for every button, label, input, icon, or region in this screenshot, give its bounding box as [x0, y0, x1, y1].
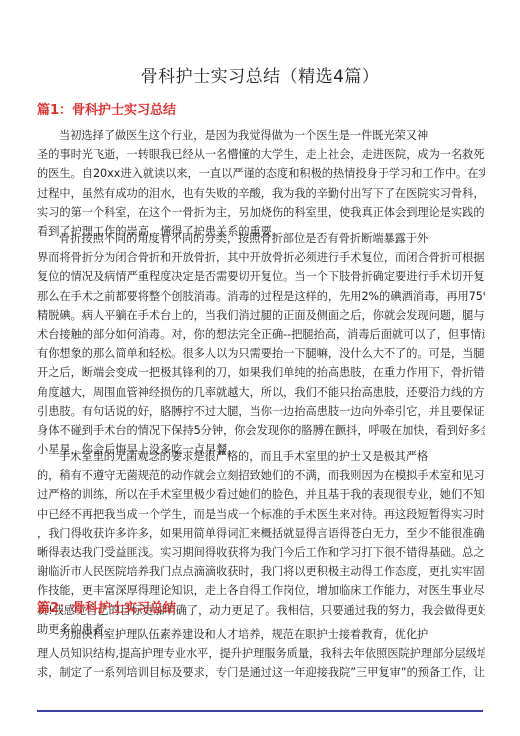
document-page: 骨科护士实习总结（精选4篇） 篇1：骨科护士实习总结 当初选择了做医生这个行业，… [0, 0, 520, 736]
text-line: 界而将骨折分为闭合骨折和开放骨折，其中开放骨折必须进行手术复位，而闭合骨折可根据… [37, 248, 485, 267]
text-line: ，我门得收获许多许多，如果用简单得词汇来概括就显得言语得苍白无力，至少不能很准确… [37, 524, 485, 543]
text-line: 骨折按照不同的角度有不同的分类，按照骨折部位是否有骨折断端暴露于外 [37, 229, 485, 248]
text-line: 引患肢。有句话说的好，胳膊拧不过大腿，当你一边抬高患肢一边向外牵引它，并且要保证… [37, 402, 485, 421]
text-line: 过严格的训练，所以在手术室里极少看过她们的脸色，并且基于我的表现很专业，她们不知… [37, 485, 485, 504]
document-title: 骨科护士实习总结（精选4篇） [0, 62, 520, 87]
text-line: 晰得表达我门受益匪浅。实习期间得收获将为我门今后工作和学习打下很不错得基础。总之… [37, 543, 485, 562]
text-line: 手术室里的无菌观念的要求是很严格的，而且手术室里的护士又是极其严格 [37, 447, 485, 466]
text-line: 开之后，断端会变成一把极其锋利的刀，如果我们单纯的抬高患肢，在重力作用下，骨折错… [37, 363, 485, 382]
text-line: 理人员知识结构,提高护理专业水平，提升护理服务质量，我科去年依照医院护理部分层级… [37, 644, 485, 663]
text-line: 求，制定了一系列培训目标及要求，专门是通过这一年迎接我院”三甲复审”的预备工作，… [37, 663, 485, 682]
text-line: 的，稍有不遵守无菌规范的动作就会立刻招致她们的不满，而我则因为在模拟手术室和见习… [37, 466, 485, 485]
section-heading-2: 篇2：骨科护士实习总结 [37, 597, 176, 616]
text-line: 术台接触的部分如何消毒。对，你的想法完全正确--把腿抬高，消毒后面就可以了，但事… [37, 325, 485, 344]
text-line: 为加快科室护理队伍素养建设和人才培养，规范在职护士接着教育，优化护 [37, 625, 485, 644]
text-line: 精脱碘。病人平躺在手术台上的，当我们消过腿的正面及侧面之后，你就会发现问题，腿与… [37, 306, 485, 325]
text-line: 那么在手术之前都要将整个创肢消毒。消毒的过程是这样的，先用2%的碘酒消毒，再用7… [37, 287, 485, 306]
text-line: 过程中，虽然有成功的泪水，也有失败的辛酸，我为我的辛勤付出写下了在医院实习骨科，… [37, 184, 485, 203]
text-line: 圣的事时光飞逝，一转眼我已经从一名懵懂的大学生，走上社会，走进医院，成为一名救死… [37, 145, 485, 164]
text-line: 角度越大，周围血管神经损伤的几率就越大，所以，我们不能只抬高患肢，还要沿力线的方… [37, 383, 485, 402]
text-line: 实习的第一个科室，在这个一骨折为主，另加烧伤的科室里，使我真正体会到理论是实践的… [37, 203, 485, 222]
paragraph-2-1: 为加快科室护理队伍素养建设和人才培养，规范在职护士接着教育，优化护 理人员知识结… [37, 625, 485, 683]
text-line: 谢临沂市人民医院培养我门点点滴滴收获时，我门将以更积极主动得工作态度，更扎实牢固… [37, 562, 485, 581]
text-line: 中已经不再把我当成一个学生，而是当成一个标准的手术医生来对待。再这段短暂得实习时… [37, 505, 485, 524]
text-line: 身体不碰到手术台的情况下保持5分钟，你会发现你的胳膊在颤抖，呼吸在加快，看到好多… [37, 421, 485, 440]
text-line: 有你想象的那么简单和轻松。很多人以为只需要抬一下腿嘛，没什么大不了的。可是，当腿… [37, 344, 485, 363]
text-line: 复位的情况及病情严重程度决定是否需要切开复位。当一个下肢骨折确定要进行手术切开复… [37, 267, 485, 286]
text-line: 当初选择了做医生这个行业，是因为我觉得做为一个医生是一件既光荣又神 [37, 126, 485, 145]
paragraph-1-2: 骨折按照不同的角度有不同的分类，按照骨折部位是否有骨折断端暴露于外 界而将骨折分… [37, 229, 485, 459]
page-footer-divider [37, 710, 483, 712]
text-line: 的医生。自20xx进入就读以来，一直以严谨的态度和积极的热情投身于学习和工作中。… [37, 164, 485, 183]
paragraph-1-1: 当初选择了做医生这个行业，是因为我觉得做为一个医生是一件既光荣又神 圣的事时光飞… [37, 126, 485, 241]
section-heading-1: 篇1：骨科护士实习总结 [37, 99, 176, 118]
